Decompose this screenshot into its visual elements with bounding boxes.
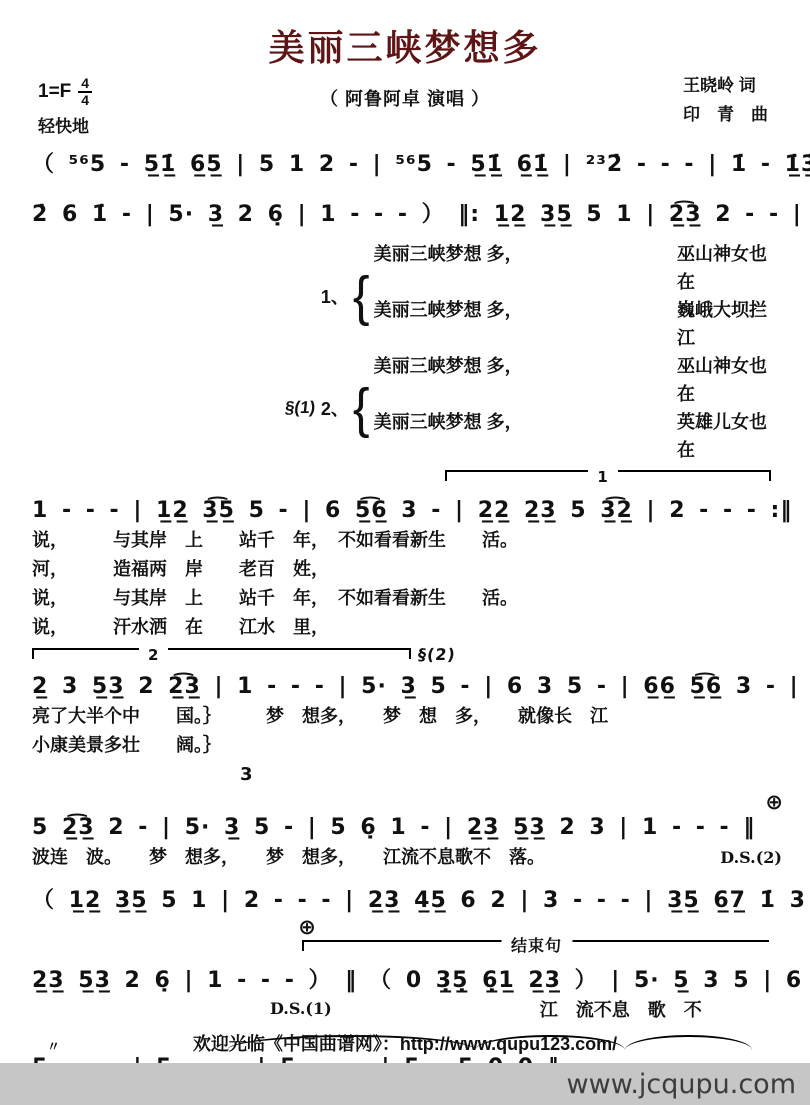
verse-2-number: 2、: [321, 395, 349, 421]
music-line-4-wrap: 2 §(2) 2̲ 3 5̲3̲ 2 2̲͡3̲ | 1 - - - | 5· …: [32, 646, 782, 702]
song-title: 美丽三峡梦想多: [0, 20, 810, 71]
time-lower: 4: [81, 93, 89, 108]
time-signature: 4 4: [78, 76, 92, 109]
time-upper: 4: [78, 76, 92, 93]
music-line-5-wrap: ⊕ 5 2̲͡3̲ 2 - | 5· 3̲ 5 - | 5 6̣ 1 - | 2…: [32, 789, 782, 843]
lyric-row-1: 说， 与其岸 上 站千 年， 不如看看新生 活。: [32, 526, 782, 555]
verse-2-label-wrap: §(1) 2、: [240, 395, 349, 421]
coda-icon: ⊕: [765, 787, 784, 817]
segno-1-icon: §(1): [284, 398, 316, 418]
key-label: 1=F: [38, 81, 71, 103]
verse-group-1: 1、 { 美丽三峡梦想 多， 巫山神女也在 美丽三峡梦想 多， 巍峨大坝拦江: [240, 240, 782, 352]
coda-icon: ⊕: [298, 912, 317, 942]
lyric-row-4: 说， 汗水洒 在 江水 里，: [32, 613, 782, 642]
verse-lyric-right: 巫山神女也在: [677, 352, 782, 408]
lyric-row-3: 说， 与其岸 上 站千 年， 不如看看新生 活。: [32, 584, 782, 613]
verse-row: 美丽三峡梦想 多， 英雄儿女也在: [374, 408, 782, 464]
watermark-text: www.jcqupu.com: [567, 1069, 796, 1100]
verse-row: 美丽三峡梦想 多， 巫山神女也在: [374, 240, 782, 296]
music-line-6: （ 1̲2̲ 3̲5̲ 5 1 | 2 - - - | 2̲3̲ 4̲5̲ 6 …: [32, 886, 782, 916]
verse-row: 美丽三峡梦想 多， 巍峨大坝拦江: [374, 296, 782, 352]
music-line-3-wrap: 1 1 - - - | 1̲2̲ 3̲͡5̲ 5 - | 6 5̲͡6̲ 3 -…: [32, 470, 782, 526]
verse-lyric-right: 巫山神女也在: [677, 240, 782, 296]
verse-1-number: 1、: [321, 283, 349, 309]
verse-1-rows: 美丽三峡梦想 多， 巫山神女也在 美丽三峡梦想 多， 巍峨大坝拦江: [374, 240, 782, 352]
sheet-music-page: 美丽三峡梦想多 1=F 4 4 轻快地 （ 阿鲁阿卓 演唱 ） 王晓岭 词 印 …: [0, 0, 810, 1105]
ds-1-label: D.S.(1): [270, 999, 332, 1018]
verse-lyric-left: 美丽三峡梦想 多，: [374, 408, 677, 464]
volta-2-bracket: 2: [32, 648, 411, 659]
music-line-1: （ ⁵⁶5 - 5̲1̲̇ 6̲5̲ | 5 1 2 - | ⁵⁶5 - 5̲1…: [32, 150, 782, 180]
music-line-3: 1 - - - | 1̲2̲ 3̲͡5̲ 5 - | 6 5̲͡6̲ 3 - |…: [32, 498, 792, 523]
verse-2-brace: {: [353, 381, 370, 436]
verse-lyric-left: 美丽三峡梦想 多，: [374, 296, 677, 352]
site-credit-line: 欢迎光临《中国曲谱网》：http://www.qupu123.com/: [0, 1030, 810, 1056]
verse-lyric-left: 美丽三峡梦想 多，: [374, 352, 677, 408]
ending-section-bracket: 结束句: [302, 940, 769, 951]
lyric-row-7: 波连 波。 梦 想多， 梦 想多， 江流不息歌不 落。: [32, 843, 545, 872]
music-line-4: 2̲ 3 5̲3̲ 2 2̲͡3̲ | 1 - - - | 5· 3̲ 5 - …: [32, 674, 799, 699]
volta-1-number: 1: [588, 462, 617, 492]
credits: 王晓岭 词 印 青 曲: [683, 72, 768, 130]
lyric-row-8: 江 流不息 歌 不: [540, 996, 702, 1025]
verse-lyric-right: 英雄儿女也在: [677, 408, 782, 464]
music-line-7-wrap: ⊕ 结束句 2̲3̲ 5̲3̲ 2 6̣ | 1 - - - ） ‖ （ 0 3…: [32, 916, 782, 996]
music-line-5: 5 2̲͡3̲ 2 - | 5· 3̲ 5 - | 5 6̣ 1 - | 2̲3…: [32, 815, 755, 840]
lyric-row-7-wrap: 波连 波。 梦 想多， 梦 想多， 江流不息歌不 落。 D.S.(2): [32, 843, 782, 872]
verse-row: 美丽三峡梦想 多， 巫山神女也在: [374, 352, 782, 408]
ending-section-label: 结束句: [501, 931, 572, 961]
key-signature: 1=F 4 4: [38, 76, 92, 109]
tempo-marking: 轻快地: [38, 112, 89, 137]
score: （ ⁵⁶5 - 5̲1̲̇ 6̲5̲ | 5 1 2 - | ⁵⁶5 - 5̲1…: [32, 150, 782, 1105]
volta-2-number: 2: [139, 640, 168, 670]
lyric-row-6: 小康美景多壮 阔。｝: [32, 731, 782, 760]
line-7-below: D.S.(1) 江 流不息 歌 不: [32, 996, 782, 1025]
music-line-7: 2̲3̲ 5̲3̲ 2 6̣ | 1 - - - ） ‖ （ 0 3̲̣5̲̣ …: [32, 968, 810, 993]
watermark-bar: www.jcqupu.com: [0, 1063, 810, 1105]
verse-lyric-left: 美丽三峡梦想 多，: [374, 240, 677, 296]
segno-2-icon: §(2): [417, 640, 458, 670]
verse-2-rows: 美丽三峡梦想 多， 巫山神女也在 美丽三峡梦想 多， 英雄儿女也在: [374, 352, 782, 464]
verse-1-label-wrap: 1、: [240, 283, 349, 309]
verse-lyric-right: 巍峨大坝拦江: [677, 296, 782, 352]
verse-block: 1、 { 美丽三峡梦想 多， 巫山神女也在 美丽三峡梦想 多， 巍峨大坝拦江 §: [240, 240, 782, 464]
lyricist-credit: 王晓岭 词: [683, 72, 768, 101]
composer-credit: 印 青 曲: [683, 101, 768, 130]
verse-group-2: §(1) 2、 { 美丽三峡梦想 多， 巫山神女也在 美丽三峡梦想 多， 英雄儿…: [240, 352, 782, 464]
verse-1-brace: {: [353, 269, 370, 324]
lyric-row-2: 河， 造福两 岸 老百 姓，: [32, 555, 782, 584]
lyric-row-5: 亮了大半个中 国。｝ 梦 想多， 梦 想 多， 就像长 江: [32, 702, 782, 731]
ds-2-label: D.S.(2): [720, 848, 782, 867]
music-line-2: 2̇ 6 1̇ - | 5· 3̲ 2 6̣ | 1 - - - ） ‖: 1̲…: [32, 200, 782, 230]
volta-1-bracket: 1: [445, 470, 772, 481]
verse-3-number: 3: [240, 760, 782, 789]
